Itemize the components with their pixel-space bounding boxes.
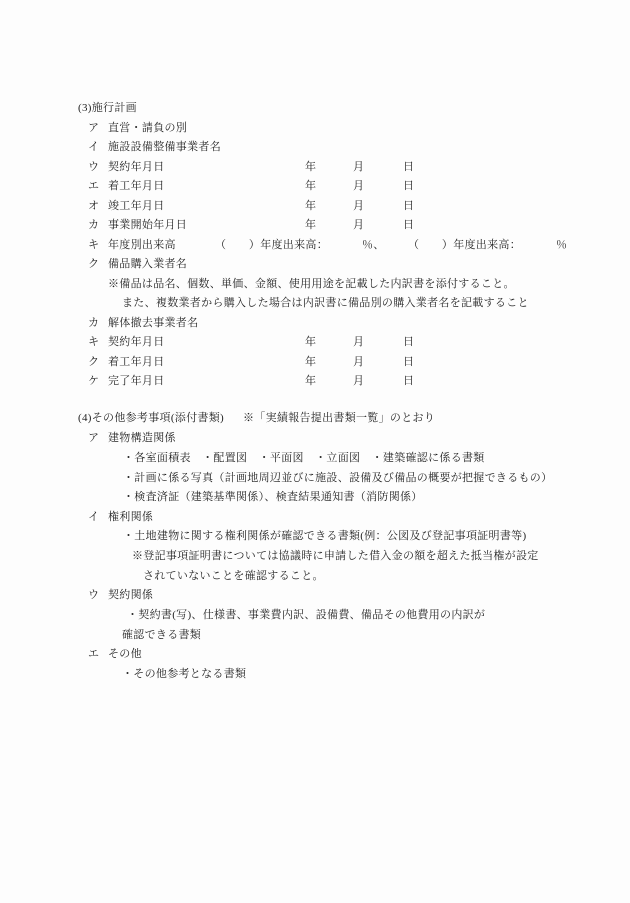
year-label: 年 [305,199,316,214]
item-label: 契約年月日 [108,160,165,175]
item-label: 年度別出来高 [108,238,176,253]
note-bihin-continued: また、複数業者から購入した場合は内訳書に備品別の購入業者名を記載すること [0,296,630,314]
section-heading: (3)施行計画 [78,101,137,116]
item-keiyaku-kankei: ウ契約関係 [0,588,630,606]
item-label: 契約関係 [108,588,153,603]
bullet-tochitatemono: ・土地建物に関する権利関係が確認できる書類(例：公図及び登記事項証明書等) [0,529,630,547]
bullet-keiyakusho-continued: 確認できる書類 [0,628,630,646]
year-label: 年 [305,355,316,370]
day-label: 日 [403,199,414,214]
note-text: また、複数業者から購入した場合は内訳書に備品別の購入業者名を記載すること [122,296,529,311]
item-label: 完了年月日 [108,374,165,389]
month-label: 月 [353,160,364,175]
note-text: ※「実績報告提出書類一覧」のとおり [243,411,435,426]
bullet-kensazumi: ・検査済証（建築基準関係）、検査結果通知書（消防関係） [0,490,630,508]
item-marker: ア [88,431,99,446]
item-marker: ア [88,121,99,136]
bullet-item: ・各室面積表 ・配置図 ・平面図 ・立面図 ・建築確認に係る書類 [123,451,485,466]
item-marker: ク [88,257,99,272]
item-kenri-kankei: イ権利関係 [0,510,630,528]
item-bihin-gyoshamei: ク備品購入業者名 [0,257,630,275]
item-label: 権利関係 [108,510,153,525]
year-label: 年 [305,160,316,175]
month-label: 月 [353,335,364,350]
document-page: (3)施行計画ア直営・請負の別イ施設設備整備事業者名ウ契約年月日年月日エ着工年月… [0,0,630,903]
section-3-heading: (3)施行計画 [0,101,630,119]
day-label: 日 [403,179,414,194]
percent-label: ％ [556,238,567,253]
item-chakko-date-2: ク着工年月日年月日 [0,355,630,373]
bullet-item: ・計画に係る写真（計画地周辺並びに施設、設備及び備品の概要が把握できるもの） [123,471,552,486]
bullet-keiyakusho: ・契約書(写)、仕様書、事業費内訳、設備費、備品その他費用の内訳が [0,608,630,626]
item-label: 施設設備整備事業者名 [108,140,221,155]
month-label: 月 [353,374,364,389]
note-toki-continued: されていないことを確認すること。 [0,569,630,587]
note-text: ※登記事項証明書については協議時に申請した借入金の額を超えた抵当権が設定 [132,549,539,564]
item-sonota: エその他 [0,647,630,665]
day-label: 日 [403,335,414,350]
item-label: 建物構造関係 [108,431,176,446]
item-label: 契約年月日 [108,335,165,350]
item-label: 直営・請負の別 [108,121,187,136]
day-label: 日 [403,374,414,389]
item-label: その他 [108,647,142,662]
year-label: 年 [305,218,316,233]
item-marker: ウ [88,160,99,175]
item-marker: ク [88,355,99,370]
item-chokuei: ア直営・請負の別 [0,121,630,139]
bullet-item: ・その他参考となる書類 [122,667,246,682]
item-kaitai-jigyoshamei: カ解体撤去事業者名 [0,316,630,334]
percent-label: ％、 [362,238,385,253]
item-label: 備品購入業者名 [108,257,187,272]
day-label: 日 [403,355,414,370]
item-marker: カ [88,218,99,233]
item-jigyokaishi-date: カ事業開始年月日年月日 [0,218,630,236]
section-4-heading: (4)その他参考事項(添付書類)※「実績報告提出書類一覧」のとおり [0,411,630,429]
item-marker: キ [88,238,99,253]
month-label: 月 [353,355,364,370]
item-nendobetsu-dekidaka: キ年度別出来高（ ）年度出来高：％、（ ）年度出来高：％ [0,238,630,256]
bullet-item: ・契約書(写)、仕様書、事業費内訳、設備費、備品その他費用の内訳が [127,608,485,623]
item-keiyaku-date-2: キ契約年月日年月日 [0,335,630,353]
month-label: 月 [353,218,364,233]
day-label: 日 [403,218,414,233]
note-bihin: ※備品は品名、個数、単価、金額、使用用途を記載した内訳書を添付すること。 [0,277,630,295]
item-jigyoshamei: イ施設設備整備事業者名 [0,140,630,158]
item-marker: エ [88,647,99,662]
fill-in-field: （ ）年度出来高： [408,238,521,253]
item-marker: ウ [88,588,99,603]
item-tatemono-kozo: ア建物構造関係 [0,431,630,449]
item-marker: キ [88,335,99,350]
item-marker: カ [88,316,99,331]
bullet-item: ・土地建物に関する権利関係が確認できる書類(例：公図及び登記事項証明書等) [123,529,526,544]
item-marker: ケ [88,374,99,389]
year-label: 年 [305,179,316,194]
month-label: 月 [353,179,364,194]
bullet-item: ・検査済証（建築基準関係）、検査結果通知書（消防関係） [123,490,423,505]
item-marker: エ [88,179,99,194]
item-marker: オ [88,199,99,214]
bullet-item: 確認できる書類 [122,628,201,643]
bullet-zumen: ・各室面積表 ・配置図 ・平面図 ・立面図 ・建築確認に係る書類 [0,451,630,469]
note-text: ※備品は品名、個数、単価、金額、使用用途を記載した内訳書を添付すること。 [108,277,515,292]
month-label: 月 [353,199,364,214]
item-label: 事業開始年月日 [108,218,187,233]
bullet-sonota-sanko: ・その他参考となる書類 [0,667,630,685]
item-marker: イ [88,140,99,155]
bullet-shashin: ・計画に係る写真（計画地周辺並びに施設、設備及び備品の概要が把握できるもの） [0,471,630,489]
item-label: 着工年月日 [108,179,165,194]
note-text: されていないことを確認すること。 [143,569,324,584]
item-label: 着工年月日 [108,355,165,370]
item-label: 解体撤去事業者名 [108,316,198,331]
item-marker: イ [88,510,99,525]
day-label: 日 [403,160,414,175]
year-label: 年 [305,335,316,350]
year-label: 年 [305,374,316,389]
item-kanryo-date: ケ完了年月日年月日 [0,374,630,392]
fill-in-field: （ ）年度出来高： [215,238,328,253]
section-heading: (4)その他参考事項(添付書類) [78,411,224,426]
item-label: 竣工年月日 [108,199,165,214]
item-shunko-date: オ竣工年月日年月日 [0,199,630,217]
item-chakko-date: エ着工年月日年月日 [0,179,630,197]
item-keiyaku-date: ウ契約年月日年月日 [0,160,630,178]
note-toki: ※登記事項証明書については協議時に申請した借入金の額を超えた抵当権が設定 [0,549,630,567]
